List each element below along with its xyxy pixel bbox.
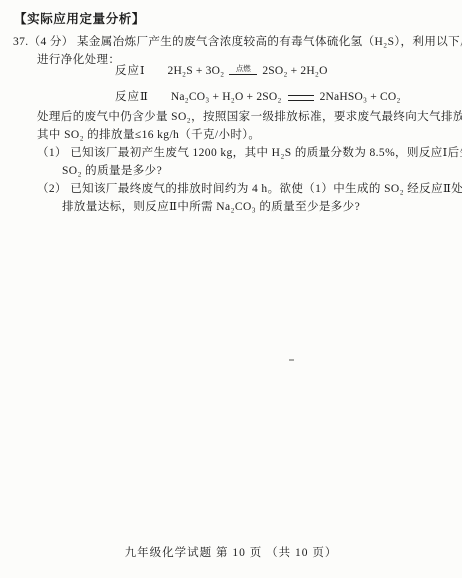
reaction-1-lhs: 2H₂S + 3O₂ — [168, 65, 225, 79]
reaction-1-rhs: 2SO₂ + 2H₂O — [262, 65, 327, 79]
paragraph-line-2: 其中 SO₂ 的排放量≤16 kg/h（千克/小时）。 — [37, 129, 260, 143]
sub-question-1-line-2: SO₂ 的质量是多少? — [62, 165, 162, 179]
double-equals-sign-icon — [288, 95, 314, 101]
reaction-2-lhs: Na₂CO₃ + H₂O + 2SO₂ — [171, 91, 282, 105]
sub-question-1-line-1: （1） 已知该厂最初产生废气 1200 kg，其中 H₂S 的质量分数为 8.5… — [37, 147, 462, 161]
section-header: 【实际应用定量分析】 — [14, 12, 145, 27]
sub-question-2-line-1: （2） 已知该厂最终废气的排放时间约为 4 h。欲使（1）中生成的 SO₂ 经反… — [37, 183, 462, 197]
paragraph-line-1: 处理后的废气中仍含少量 SO₂，按照国家一级排放标准，要求废气最终向大气排放时， — [37, 111, 462, 125]
reaction-arrow-line — [229, 74, 257, 75]
reaction-1-label: 反应Ⅰ — [115, 65, 146, 79]
reaction-2-rhs: 2NaHSO₃ + CO₂ — [320, 91, 401, 105]
exam-page: 【实际应用定量分析】 37.（4 分） 某金属冶炼厂产生的废气含浓度较高的有毒气… — [0, 0, 462, 578]
reaction-1: 反应Ⅰ 2H₂S + 3O₂ 点燃 2SO₂ + 2H₂O — [115, 65, 328, 79]
ignite-condition-label: 点燃 — [234, 65, 253, 74]
reaction-2-label: 反应Ⅱ — [115, 91, 149, 105]
reaction-2: 反应Ⅱ Na₂CO₃ + H₂O + 2SO₂ 2NaHSO₃ + CO₂ — [115, 91, 401, 105]
page-footer: 九年级化学试题 第 10 页 （共 10 页） — [0, 544, 462, 560]
question-lead-line-1: 37.（4 分） 某金属冶炼厂产生的废气含浓度较高的有毒气体硫化氢（H₂S），利… — [13, 36, 462, 50]
sub-question-2-line-2: 排放量达标，则反应Ⅱ中所需 Na₂CO₃ 的质量至少是多少? — [62, 201, 360, 215]
scan-artifact-speck — [289, 359, 294, 361]
ignite-condition-arrow-icon: 点燃 — [229, 65, 257, 75]
question-lead-line-2: 进行净化处理： — [37, 54, 120, 68]
